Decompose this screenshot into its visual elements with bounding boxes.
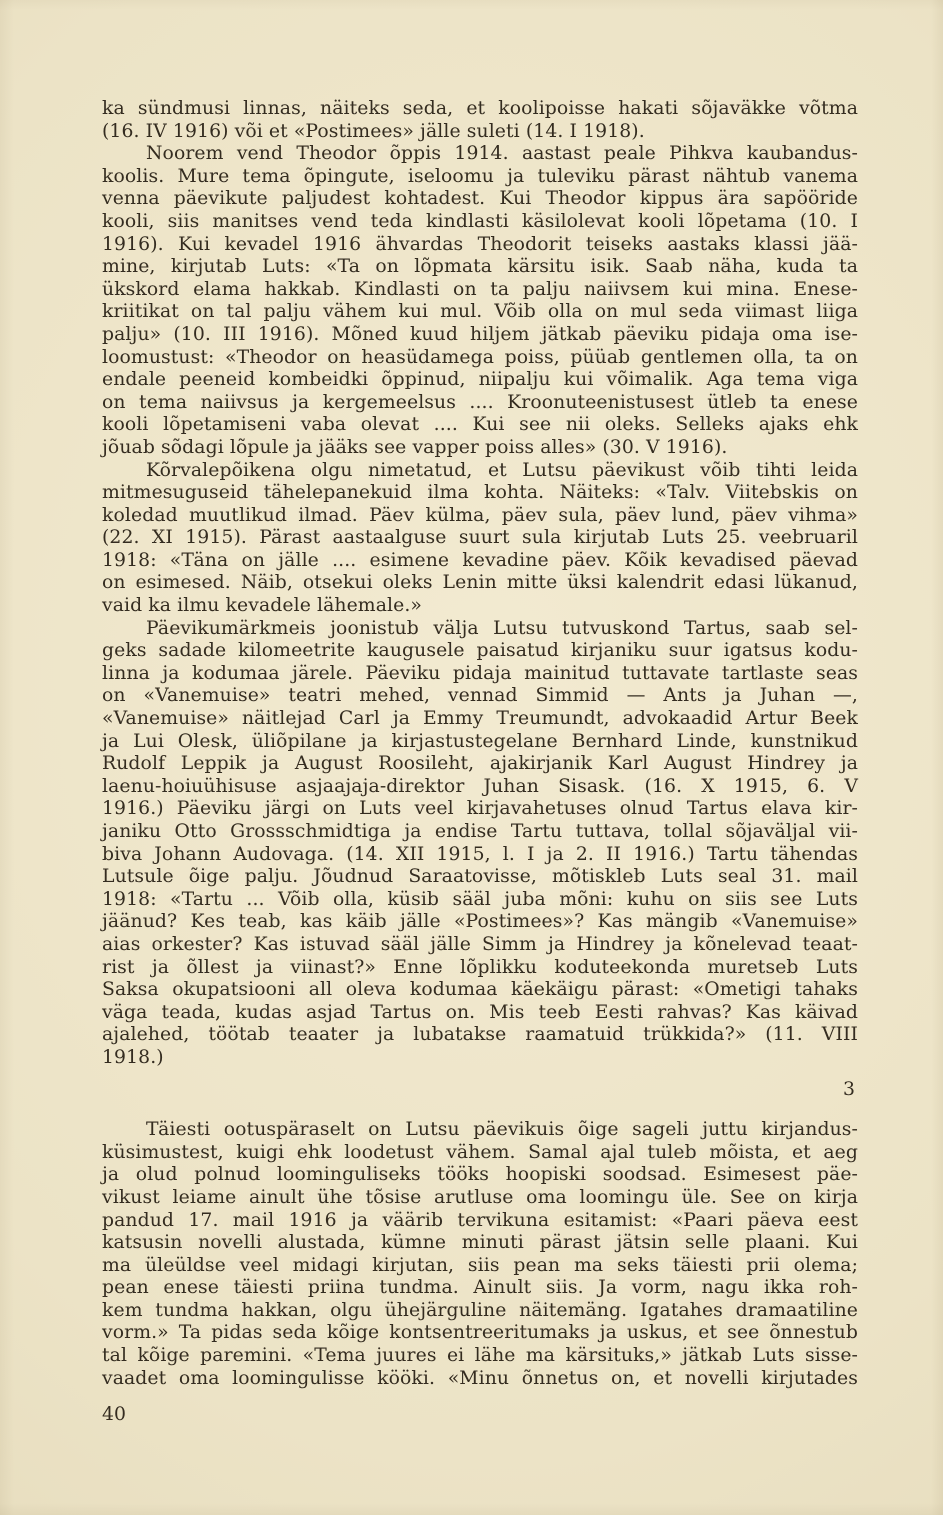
paragraph: Päevikumärkmeis joonistub välja Lutsu tu… <box>102 618 858 1070</box>
section-page-number: 3 <box>102 1079 858 1102</box>
text-line: vorm.» Ta pidas seda kõige kontsentreeri… <box>102 1322 858 1345</box>
text-line: aias orkester? Kas istuvad sääl jälle Si… <box>102 934 858 957</box>
text-line: geks sadade kilomeetrite kaugusele paisa… <box>102 640 858 663</box>
text-line: venna päevikute paljudest kohtadest. Kui… <box>102 188 858 211</box>
text-line: ükskord elama hakkab. Kindlasti on ta pa… <box>102 279 858 302</box>
text-line: kooli lõpetamiseni vaba olevat .... Kui … <box>102 414 858 437</box>
text-line: on tema naiivsus ja kergemeelsus .... Kr… <box>102 392 858 415</box>
text-line: janiku Otto Grossschmidtiga ja endise Ta… <box>102 821 858 844</box>
text-line: ajalehed, töötab teaater ja lubatakse ra… <box>102 1024 858 1047</box>
text-line: Noorem vend Theodor õppis 1914. aastast … <box>102 143 858 166</box>
text-line: endale peeneid kombeidki õppinud, niipal… <box>102 369 858 392</box>
text-line: 1916.) Päeviku järgi on Luts veel kirjav… <box>102 798 858 821</box>
text-line: rist ja õllest ja viinast?» Enne lõplikk… <box>102 957 858 980</box>
text-line: tal kõige paremini. «Tema juures ei lähe… <box>102 1345 858 1368</box>
text-line: pandud 17. mail 1916 ja väärib tervikuna… <box>102 1210 858 1233</box>
text-line: mitmesuguseid tähelepanekuid ilma kohta.… <box>102 482 858 505</box>
text-line: palju» (10. III 1916). Mõned kuud hiljem… <box>102 324 858 347</box>
text-line: jäänud? Kes teab, kas käib jälle «Postim… <box>102 911 858 934</box>
text-block: ka sündmusi linnas, näiteks seda, et koo… <box>102 98 858 1427</box>
book-page: ka sündmusi linnas, näiteks seda, et koo… <box>0 0 943 1515</box>
paragraph: Noorem vend Theodor õppis 1914. aastast … <box>102 143 858 459</box>
text-line: ja olud polnud loominguliseks tööks hoop… <box>102 1164 858 1187</box>
text-line: Kõrvalepõikena olgu nimetatud, et Lutsu … <box>102 460 858 483</box>
text-line: Päevikumärkmeis joonistub välja Lutsu tu… <box>102 618 858 641</box>
text-line: 1918: «Tartu ... Võib olla, küsib sääl j… <box>102 889 858 912</box>
text-line: 1918.) <box>102 1047 858 1070</box>
text-line: vaadet oma loomingulisse kööki. «Minu õn… <box>102 1368 858 1391</box>
text-line: 1918: «Täna on jälle .... esimene kevadi… <box>102 550 858 573</box>
text-line: Lutsule õige palju. Jõudnud Saraatovisse… <box>102 866 858 889</box>
paragraph: Täiesti ootuspäraselt on Lutsu päevikuis… <box>102 1119 858 1390</box>
text-line: Täiesti ootuspäraselt on Lutsu päevikuis… <box>102 1119 858 1142</box>
text-line: biva Johann Audovaga. (14. XII 1915, l. … <box>102 844 858 867</box>
text-line: Saksa okupatsiooni all oleva kodumaa käe… <box>102 979 858 1002</box>
text-line: vaid ka ilmu kevadele lähemale.» <box>102 595 858 618</box>
text-line: 1916). Kui kevadel 1916 ähvardas Theodor… <box>102 234 858 257</box>
paragraph: Kõrvalepõikena olgu nimetatud, et Lutsu … <box>102 460 858 618</box>
text-line: (16. IV 1916) või et «Postimees» jälle s… <box>102 121 858 144</box>
folio-page-number: 40 <box>102 1404 858 1427</box>
text-line: laenu-hoiuühisuse asjaajaja-direktor Juh… <box>102 776 858 799</box>
text-block-lower: Täiesti ootuspäraselt on Lutsu päevikuis… <box>102 1119 858 1390</box>
text-line: jõuab sõdagi lõpule ja jääks see vapper … <box>102 437 858 460</box>
text-line: (22. XI 1915). Pärast aastaalguse suurt … <box>102 527 858 550</box>
text-line: koledad muutlikud ilmad. Päev külma, päe… <box>102 505 858 528</box>
text-line: linna ja kodumaa järele. Päeviku pidaja … <box>102 663 858 686</box>
text-line: on «Vanemuise» teatri mehed, vennad Simm… <box>102 685 858 708</box>
text-line: mine, kirjutab Luts: «Ta on lõpmata kärs… <box>102 256 858 279</box>
text-line: loomustust: «Theodor on heasüdamega pois… <box>102 347 858 370</box>
text-line: «Vanemuise» näitlejad Carl ja Emmy Treum… <box>102 708 858 731</box>
text-line: katsusin novelli alustada, kümne minuti … <box>102 1232 858 1255</box>
text-line: väga teada, kudas asjad Tartus on. Mis t… <box>102 1002 858 1025</box>
text-line: ka sündmusi linnas, näiteks seda, et koo… <box>102 98 858 121</box>
paragraph: ka sündmusi linnas, näiteks seda, et koo… <box>102 98 858 143</box>
text-line: pean enese täiesti priina tundma. Ainult… <box>102 1277 858 1300</box>
text-line: on esimesed. Näib, otsekui oleks Lenin m… <box>102 572 858 595</box>
text-line: kriitikat on tal palju vähem kui mul. Võ… <box>102 301 858 324</box>
text-line: koolis. Mure tema õpingute, iseloomu ja … <box>102 166 858 189</box>
text-line: vikust leiame ainult ühe tõsise arutluse… <box>102 1187 858 1210</box>
text-line: ja Lui Olesk, üliõpilane ja kirjastusteg… <box>102 731 858 754</box>
text-line: ma üleüldse veel midagi kirjutan, siis p… <box>102 1255 858 1278</box>
text-line: Rudolf Leppik ja August Roosileht, ajaki… <box>102 753 858 776</box>
text-line: kooli, siis manitses vend teda kindlasti… <box>102 211 858 234</box>
text-line: kem tundma hakkan, olgu ühejärguline näi… <box>102 1300 858 1323</box>
text-line: küsimustest, kuigi ehk loodetust vähem. … <box>102 1142 858 1165</box>
text-block-upper: ka sündmusi linnas, näiteks seda, et koo… <box>102 98 858 1070</box>
